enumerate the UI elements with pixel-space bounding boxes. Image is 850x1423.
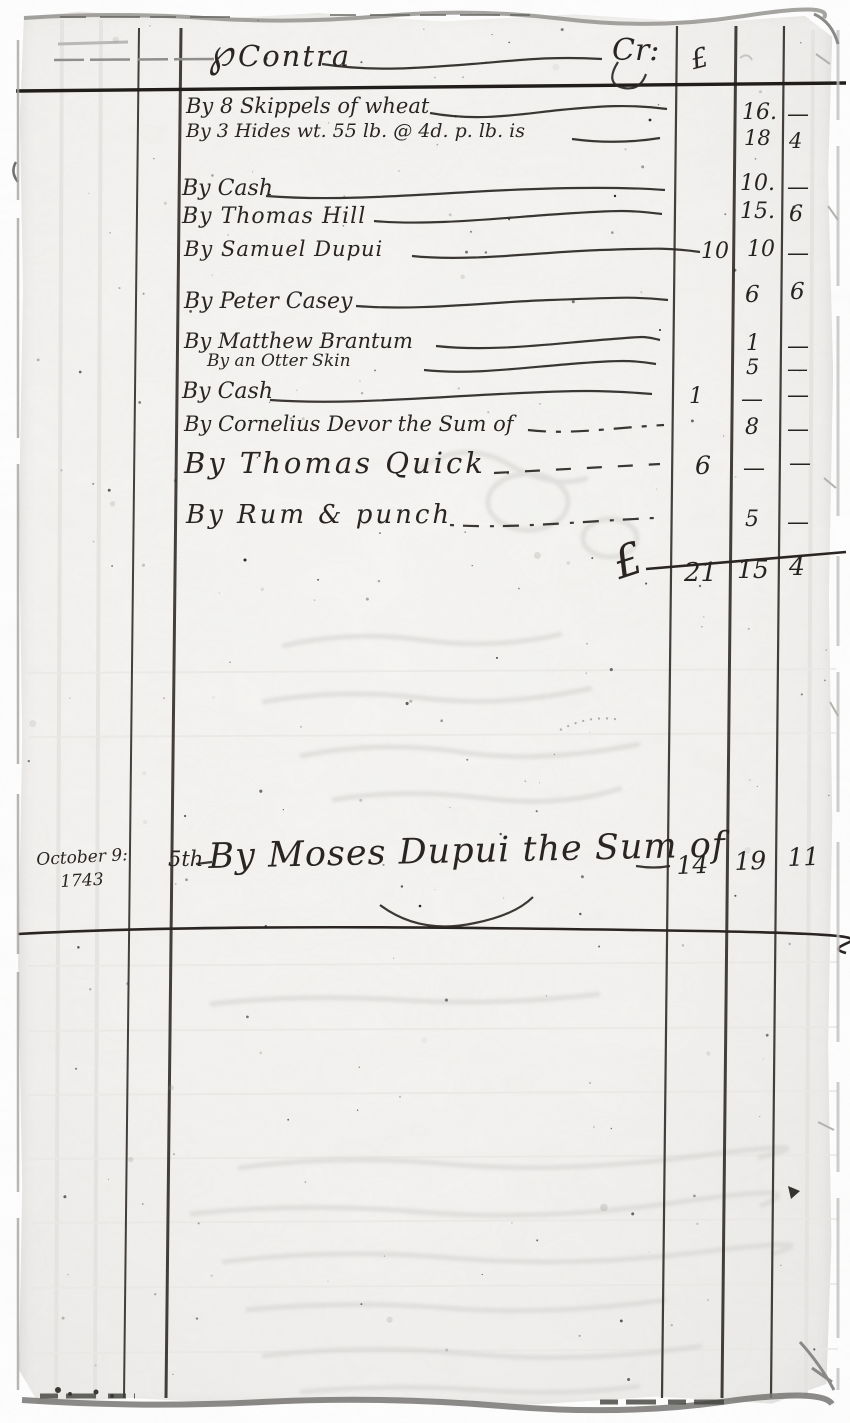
entry-amount-shillings: 5 (746, 357, 759, 378)
entry-amount-pence: — (787, 104, 808, 126)
entry-text: By Samuel Dupui (184, 239, 383, 260)
entry-amount-shillings: 18 (744, 128, 771, 149)
per-contra-mark: ℘ (204, 32, 236, 73)
total-pence: 4 (789, 554, 805, 579)
total-shillings: 15 (737, 557, 769, 582)
entry-text: By Cash (182, 381, 273, 403)
entry-amount-pence: 4 (789, 131, 802, 152)
entry-text: By Rum & punch (186, 502, 452, 528)
entry-amount-shillings: 8 (745, 417, 759, 439)
entry-amount-pounds: 6 (695, 453, 711, 478)
entry-text: By 3 Hides wt. 55 lb. @ 4d. p. lb. is (186, 122, 525, 141)
entry-text: By Matthew Brantum (184, 331, 413, 352)
entry-amount-shillings: 19 (734, 848, 767, 874)
entry-amount-pence: — (787, 336, 808, 358)
entry-amount-pence: — (787, 359, 807, 380)
entry-date-line-2: 1743 (60, 872, 104, 891)
entry-amount-pounds: 1 (689, 386, 703, 408)
entry-amount-shillings: 6 (745, 284, 760, 307)
entry-text: By an Otter Skin (207, 353, 351, 370)
entry-amount-shillings: 16. (742, 102, 777, 124)
entry-amount-pence: 6 (790, 281, 805, 304)
entry-text: By Cornelius Devor the Sum of (184, 414, 514, 435)
entry-amount-pence: — (787, 177, 808, 199)
entry-amount-pounds: 14 (676, 852, 709, 878)
entry-text: By Thomas Quick (184, 449, 486, 478)
entry-amount-shillings: 15. (740, 201, 775, 223)
entry-amount-shillings: 10. (740, 173, 775, 195)
entry-amount-shillings: 10 (747, 239, 775, 261)
entry-amount-shillings: 1 (746, 333, 760, 355)
entry-amount-pence: — (787, 512, 808, 534)
entry-amount-shillings: — (741, 389, 762, 411)
entry-text: By Cash (182, 178, 273, 200)
entry-day: 5th (168, 849, 203, 870)
credit-abbreviation: Cr: (612, 36, 659, 66)
entry-amount-pounds: 10 (701, 241, 729, 263)
entry-amount-pence: — (787, 419, 808, 441)
page-title: Contra (238, 42, 351, 71)
total-pounds: 21 (684, 560, 717, 586)
entry-amount-pence: 6 (789, 204, 803, 226)
entry-amount-pence: — (789, 453, 810, 475)
entry-date-line-1: October 9: (36, 847, 128, 869)
entry-amount-pence: — (787, 243, 808, 265)
entry-text: By Peter Casey (184, 291, 352, 313)
entry-amount-pence: — (787, 385, 808, 407)
entry-text: By Thomas Hill (182, 206, 366, 228)
entry-text: By 8 Skippels of wheat (186, 96, 429, 117)
entry-amount-shillings: 5 (745, 509, 759, 531)
ledger-paper (14, 6, 838, 1412)
ledger-scan-page: ℘ Contra Cr: £ By 8 Skippels of wheat By… (0, 0, 850, 1423)
entry-amount-shillings: — (743, 458, 764, 480)
entry-amount-pence: 11 (787, 844, 820, 870)
